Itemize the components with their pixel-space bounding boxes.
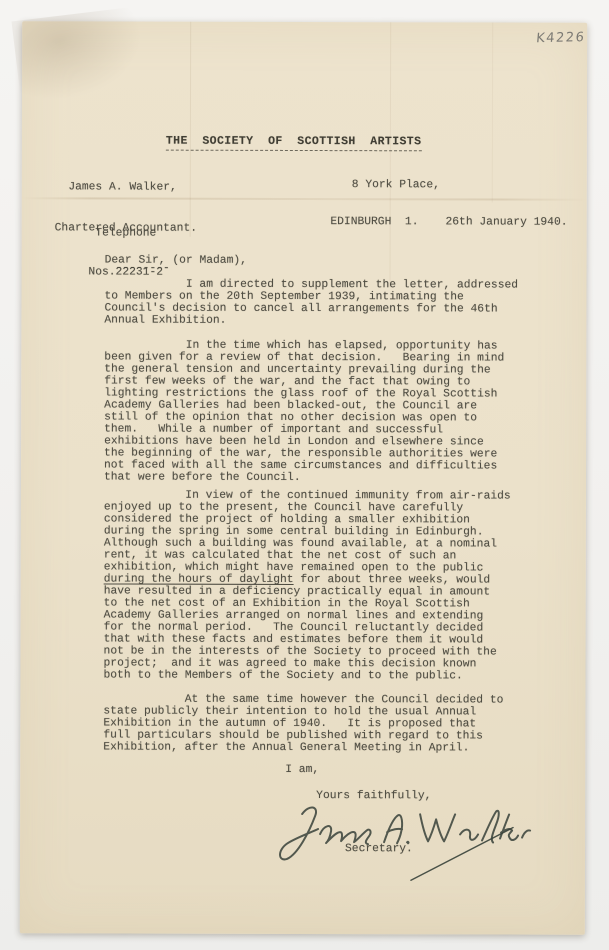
paper-crumple-texture [11, 6, 150, 106]
paragraph-4: At the same time however the Council dec… [103, 693, 503, 754]
catalog-annotation: K4226 [536, 30, 586, 46]
paper-crease-vertical [492, 22, 493, 202]
letter-date: 26th January 1940. [445, 216, 567, 228]
letter-paper: K4226 THE SOCIETY OF SCOTTISH ARTISTS Ja… [20, 21, 587, 934]
paragraph-3: In view of the continued immunity from a… [103, 489, 510, 682]
signature-stroke-walker [420, 811, 530, 843]
paragraph-1: I am directed to supplement the letter, … [104, 278, 518, 327]
signature-stroke-initial-a [384, 815, 408, 843]
paper-crease-vertical [389, 22, 391, 287]
address-line: 8 York Place, [352, 179, 440, 191]
city-date-line: EDINBURGH 1.26th January 1940. [290, 204, 568, 241]
salutation: Dear Sir, (or Madam), [105, 254, 247, 266]
closing-yours-faithfully: Yours faithfully, [316, 790, 431, 802]
telephone-label: Telephone [55, 227, 164, 240]
letter-title: THE SOCIETY OF SCOTTISH ARTISTS [166, 136, 422, 152]
page-background: K4226 THE SOCIETY OF SCOTTISH ARTISTS Ja… [0, 0, 609, 950]
sender-name: James A. Walker, [55, 181, 197, 195]
city-line: EDINBURGH 1. [330, 216, 418, 228]
closing-i-am: I am, [285, 764, 319, 776]
signature-title: Secretary. [345, 843, 413, 855]
paragraph-2: In the time which has elapsed, opportuni… [104, 339, 504, 484]
